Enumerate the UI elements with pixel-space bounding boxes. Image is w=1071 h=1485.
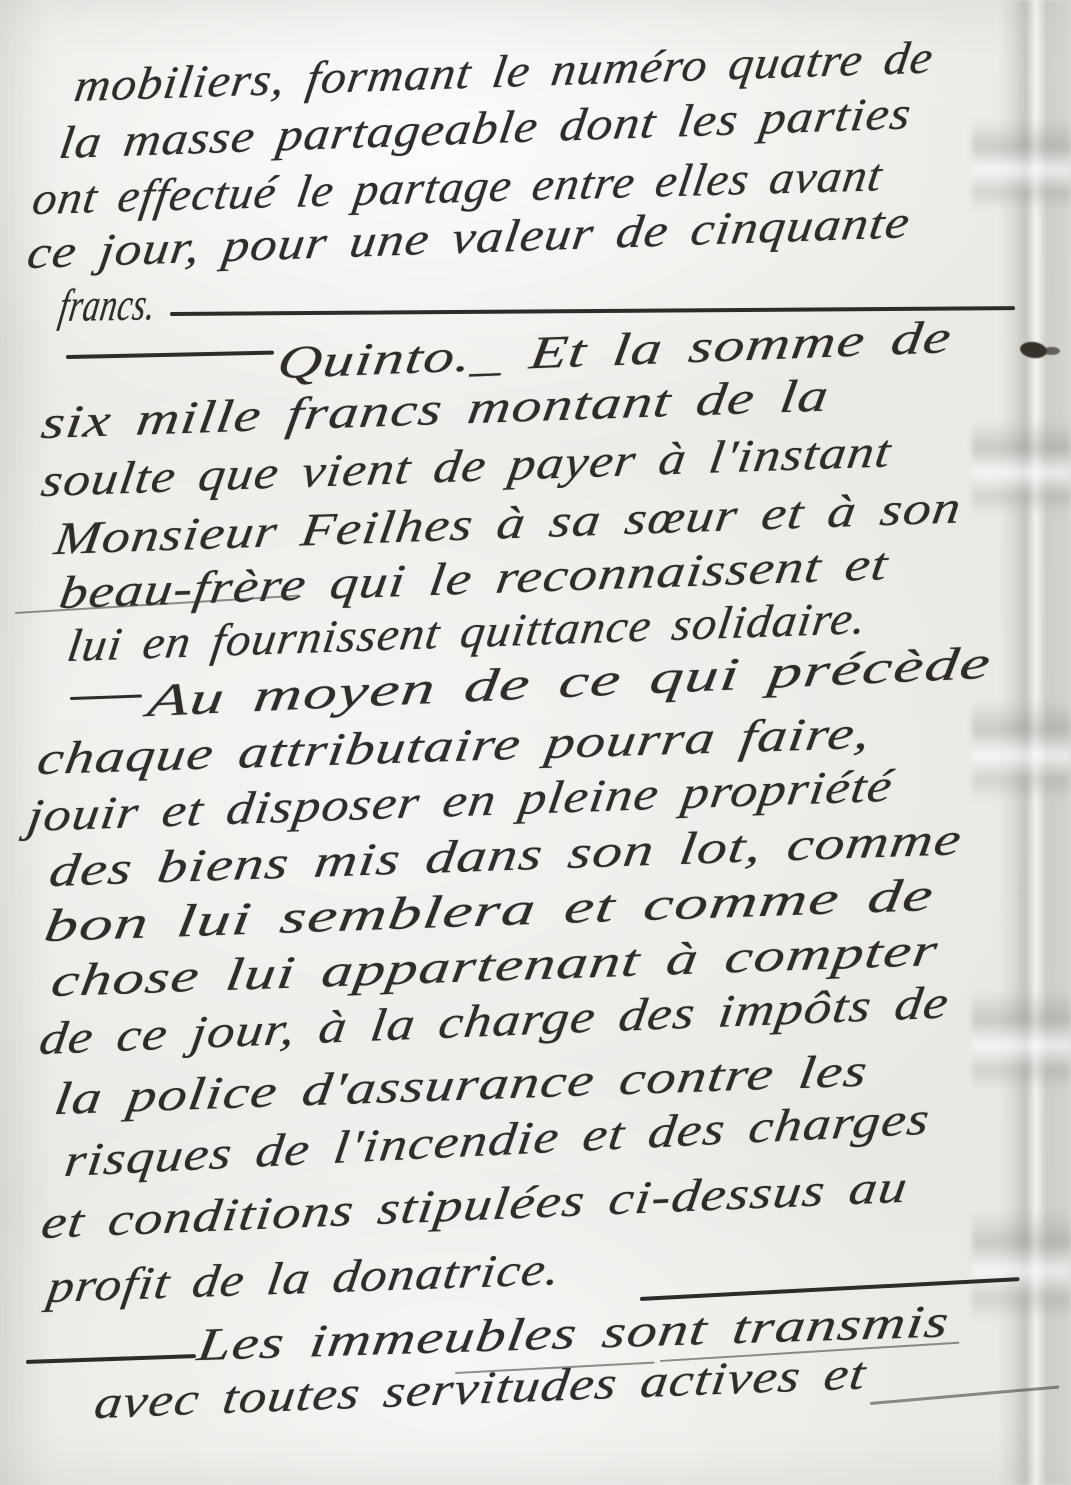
- horizontal-crease: [972, 120, 1071, 210]
- manuscript-line-text: profit de la donatrice.: [44, 1243, 564, 1312]
- horizontal-crease: [972, 700, 1071, 800]
- dash-before-au-moyen: [70, 694, 142, 700]
- horizontal-crease: [972, 990, 1071, 1090]
- rule-after-donatrice: [640, 1277, 1020, 1300]
- ink-blot: [1043, 347, 1060, 355]
- manuscript-line-text: francs.: [56, 278, 160, 331]
- manuscript-line: francs.: [56, 277, 161, 332]
- manuscript-line: profit de la donatrice.: [44, 1242, 564, 1313]
- dash-before-quinto: [66, 351, 274, 359]
- horizontal-crease: [972, 420, 1071, 515]
- scanned-manuscript-page: mobiliers, formant le numéro quatre de l…: [0, 0, 1071, 1485]
- horizontal-crease: [972, 1210, 1071, 1320]
- dash-before-les-immeubles: [26, 1354, 196, 1363]
